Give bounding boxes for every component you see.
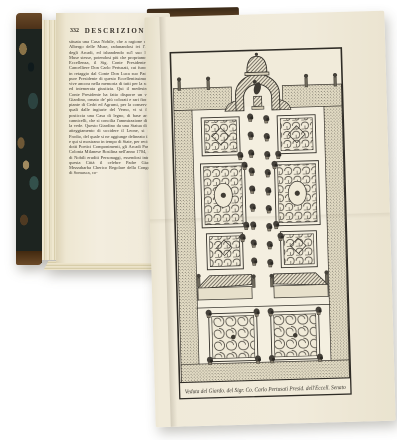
page-fore-edges [42, 20, 56, 260]
folding-plate-sheet: Veduta del Giardo. del Sigr. Co. Carlo P… [144, 11, 395, 428]
marbled-cover-edge [16, 15, 42, 263]
garden-plan-engraving: Veduta del Giardo. del Sigr. Co. Carlo P… [144, 11, 395, 428]
photo-of-open-book: 332 DESCRIZIONE situata una Casa Nobile,… [0, 0, 397, 440]
